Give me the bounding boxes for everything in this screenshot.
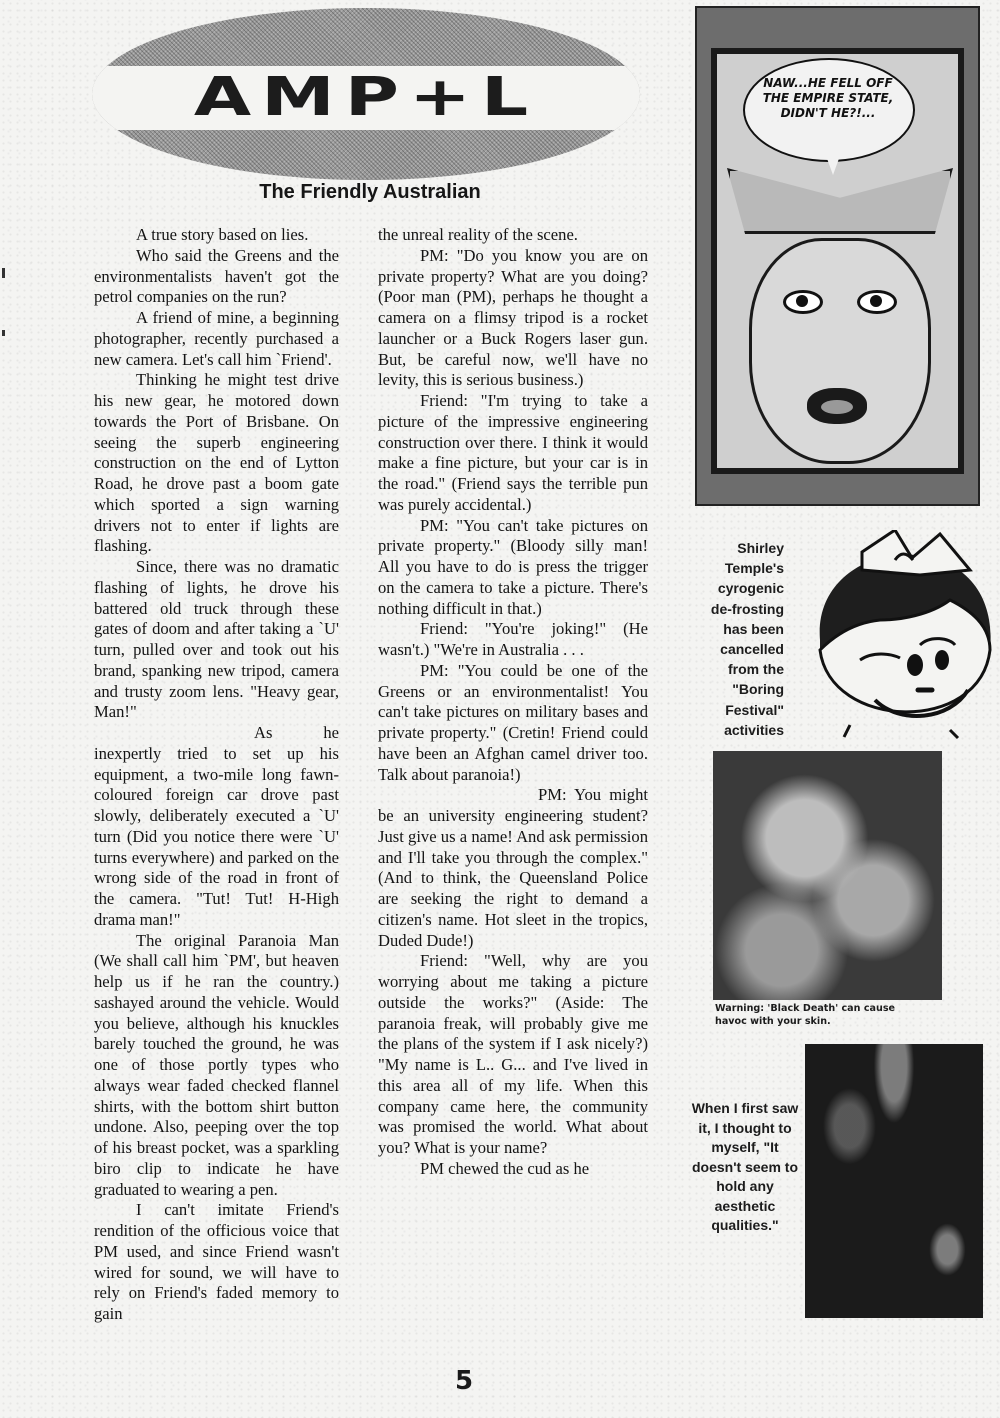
eye-icon	[857, 290, 897, 314]
paragraph: Friend: "Well, why are you worrying abou…	[378, 951, 648, 1159]
paragraph: The original Paranoia Man (We shall call…	[94, 931, 339, 1201]
paragraph: Who said the Greens and the environmenta…	[94, 246, 339, 308]
paragraph: Friend: "You're joking!" (He wasn't.) "W…	[378, 619, 648, 661]
paragraph: A true story based on lies.	[94, 225, 339, 246]
quote-caption: When I first saw it, I thought to myself…	[690, 1099, 800, 1236]
margin-mark	[2, 330, 5, 336]
black-death-photo	[713, 751, 942, 1000]
dark-face-image	[805, 1044, 983, 1318]
masthead-logo: AMP+L	[92, 8, 640, 180]
shirley-caption: Shirley Temple's cyrogenic de-frosting h…	[700, 538, 784, 740]
speech-balloon-tail	[825, 153, 841, 175]
eye-icon	[783, 290, 823, 314]
screaming-face	[749, 238, 931, 464]
paragraph: PM: "You could be one of the Greens or a…	[378, 661, 648, 786]
article-title: The Friendly Australian	[140, 181, 600, 204]
paragraph: PM: "Do you know you are on private prop…	[378, 246, 648, 391]
paragraph: PM: "You can't take pictures on private …	[378, 516, 648, 620]
paragraph: I can't imitate Friend's rendition of th…	[94, 1200, 339, 1325]
paragraph: As he inexpertly tried to set up his equ…	[94, 723, 339, 931]
paragraph: Thinking he might test drive his new gea…	[94, 370, 339, 557]
paragraph: Since, there was no dramatic flashing of…	[94, 557, 339, 723]
cartoon-girl-icon	[800, 530, 1000, 740]
paragraph: A friend of mine, a beginning photograph…	[94, 308, 339, 370]
paragraph: Friend: "I'm trying to take a picture of…	[378, 391, 648, 516]
photo-caption: Warning: 'Black Death' can cause havoc w…	[715, 1002, 915, 1028]
page-number: 5	[455, 1366, 473, 1396]
open-mouth	[807, 388, 867, 424]
column-1: A true story based on lies. Who said the…	[94, 225, 339, 1325]
logo-text: AMP+L	[92, 72, 640, 122]
paragraph: the unreal reality of the scene.	[378, 225, 648, 246]
paragraph: PM chewed the cud as he	[378, 1159, 648, 1180]
comic-panel-image: NAW...HE FELL OFF THE EMPIRE STATE, DIDN…	[695, 6, 980, 506]
margin-mark	[2, 268, 5, 278]
speech-balloon-text: NAW...HE FELL OFF THE EMPIRE STATE, DIDN…	[753, 76, 903, 121]
paragraph: PM: You might be an university engineeri…	[378, 785, 648, 951]
column-2: the unreal reality of the scene. PM: "Do…	[378, 225, 648, 1180]
